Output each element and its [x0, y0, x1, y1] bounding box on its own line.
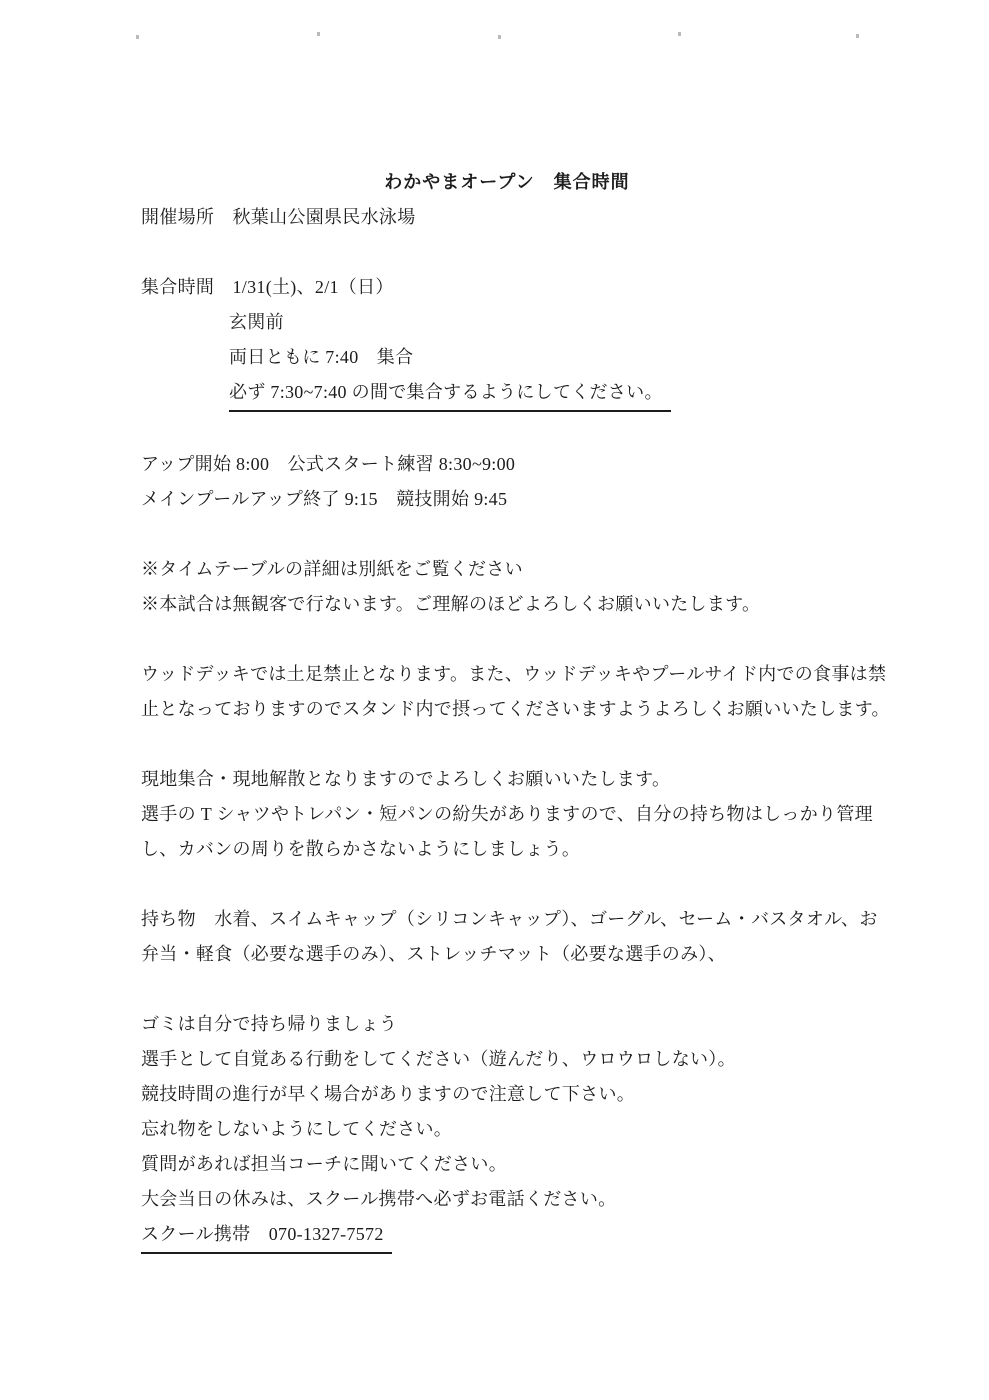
note-line: ※タイムテーブルの詳細は別紙をご覧ください	[141, 552, 873, 587]
conduct-line: ゴミは自分で持ち帰りましょう	[141, 1007, 873, 1042]
document-title: わかやまオープン 集合時間	[141, 165, 873, 200]
conduct-line: 忘れ物をしないようにしてください。	[141, 1112, 873, 1147]
meeting-place-line: 玄関前	[229, 305, 873, 340]
conduct-line: 選手として自覚ある行動をしてください（遊んだり、ウロウロしない）。	[141, 1042, 873, 1077]
deck-rules-section: ウッドデッキでは土足禁止となります。また、ウッドデッキやプールサイド内での食事は…	[141, 657, 873, 727]
venue-line: 開催場所 秋葉山公園県民水泳場	[141, 200, 873, 235]
scan-speck	[317, 32, 320, 36]
notes-section: ※タイムテーブルの詳細は別紙をご覧ください ※本試合は無観客で行ないます。ご理解…	[141, 552, 873, 622]
scan-speck	[856, 34, 859, 38]
deck-rule-line: ウッドデッキでは土足禁止となります。また、ウッドデッキやプールサイド内での食事は…	[141, 657, 873, 692]
meeting-warning-underlined-text: 必ず 7:30~7:40 の間で集合するようにしてください。	[229, 376, 671, 412]
document-content: わかやまオープン 集合時間 開催場所 秋葉山公園県民水泳場 集合時間 1/31(…	[141, 165, 873, 1254]
note-line: ※本試合は無観客で行ないます。ご理解のほどよろしくお願いいたします。	[141, 587, 873, 622]
meeting-heading: 集合時間 1/31(土)、2/1（日）	[141, 270, 873, 305]
onsite-line: し、カバンの周りを散らかさないようにしましょう。	[141, 832, 873, 867]
meeting-time-line: 両日ともに 7:40 集合	[229, 340, 873, 375]
meeting-warning-line: 必ず 7:30~7:40 の間で集合するようにしてください。	[229, 375, 873, 412]
warmup-schedule-line: メインプールアップ終了 9:15 競技開始 9:45	[141, 482, 873, 517]
onsite-line: 選手の T シャツやトレパン・短パンの紛失がありますので、自分の持ち物はしっかり…	[141, 797, 873, 832]
meeting-section: 集合時間 1/31(土)、2/1（日） 玄関前 両日ともに 7:40 集合 必ず…	[141, 270, 873, 412]
warmup-schedule-section: アップ開始 8:00 公式スタート練習 8:30~9:00 メインプールアップ終…	[141, 447, 873, 517]
scan-speck	[136, 35, 139, 39]
scan-speck	[498, 35, 501, 39]
conduct-line: 質問があれば担当コーチに聞いてください。	[141, 1147, 873, 1182]
warmup-schedule-line: アップ開始 8:00 公式スタート練習 8:30~9:00	[141, 447, 873, 482]
deck-rule-line: 止となっておりますのでスタンド内で摂ってくださいますようよろしくお願いいたします…	[141, 692, 873, 727]
school-phone-underlined-text: スクール携帯 070-1327-7572	[141, 1218, 392, 1254]
belongings-line: 持ち物 水着、スイムキャップ（シリコンキャップ）、ゴーグル、セーム・バスタオル、…	[141, 902, 873, 937]
scanned-document-page: わかやまオープン 集合時間 開催場所 秋葉山公園県民水泳場 集合時間 1/31(…	[0, 0, 989, 1400]
belongings-section: 持ち物 水着、スイムキャップ（シリコンキャップ）、ゴーグル、セーム・バスタオル、…	[141, 902, 873, 972]
onsite-section: 現地集合・現地解散となりますのでよろしくお願いいたします。 選手の T シャツや…	[141, 762, 873, 867]
belongings-line: 弁当・軽食（必要な選手のみ）、ストレッチマット（必要な選手のみ）、	[141, 937, 873, 972]
conduct-section: ゴミは自分で持ち帰りましょう 選手として自覚ある行動をしてください（遊んだり、ウ…	[141, 1007, 873, 1254]
conduct-line: 競技時間の進行が早く場合がありますので注意して下さい。	[141, 1077, 873, 1112]
school-phone-line: スクール携帯 070-1327-7572	[141, 1217, 873, 1254]
conduct-line: 大会当日の休みは、スクール携帯へ必ずお電話ください。	[141, 1182, 873, 1217]
onsite-line: 現地集合・現地解散となりますのでよろしくお願いいたします。	[141, 762, 873, 797]
scan-speck	[678, 32, 681, 36]
